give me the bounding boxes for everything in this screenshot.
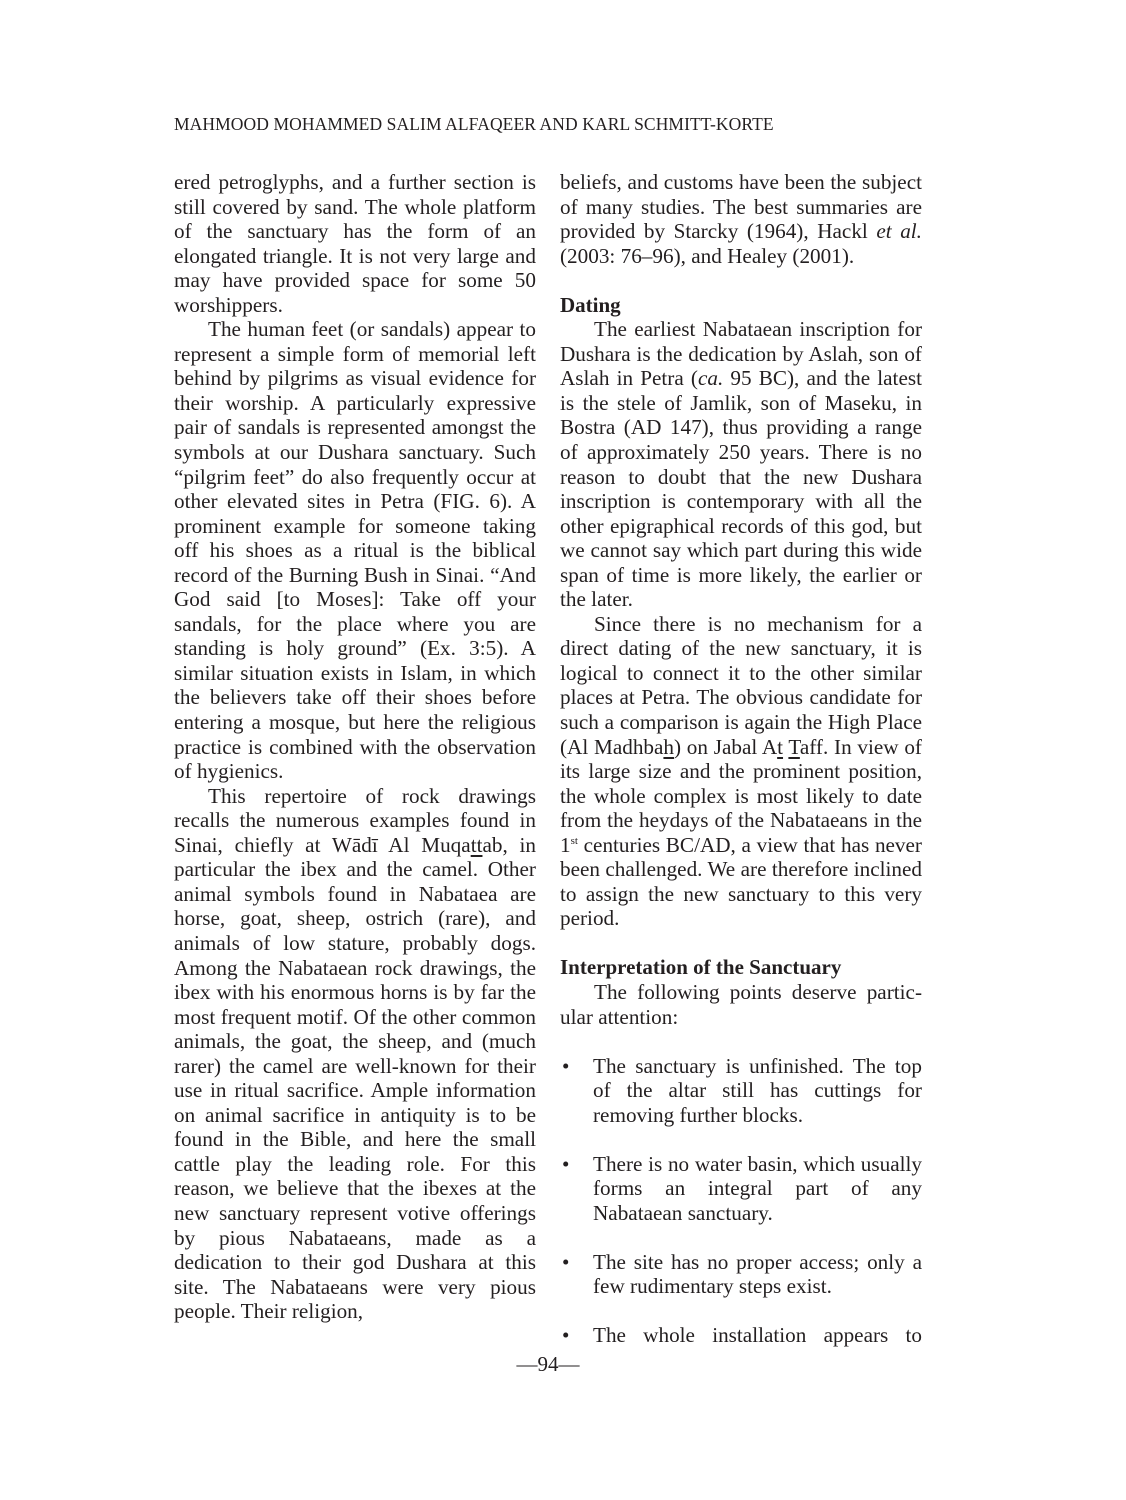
- list-item: •There is no water basin, which usu­ally…: [560, 1152, 922, 1226]
- list-item: •The sanctuary is unfinished. The top of…: [560, 1054, 922, 1128]
- list-item-text: The site has no proper access; only a fe…: [593, 1250, 922, 1299]
- text-run: centuries BC/AD, a view that has never b…: [560, 833, 922, 931]
- bullet-icon: •: [562, 1250, 582, 1275]
- running-head: MAHMOOD MOHAMMED SALIM ALFAQEER AND KARL…: [174, 114, 934, 135]
- paragraph: The earliest Nabataean inscription for D…: [560, 317, 922, 612]
- right-column: beliefs, and customs have been the sub­j…: [560, 170, 922, 1372]
- spacer: [560, 1029, 922, 1054]
- text-run: 95 BC), and the latest is the stele of J…: [560, 366, 922, 611]
- spacer: [560, 268, 922, 293]
- list-item-text: The whole installation appears to: [593, 1323, 922, 1347]
- transliteration-underline: tt: [471, 833, 483, 857]
- text-run: (2003: 76–96), and Healey (2001).: [560, 244, 854, 268]
- spacer: [560, 931, 922, 956]
- bullet-icon: •: [562, 1152, 582, 1177]
- left-column: ered petroglyphs, and a further section …: [174, 170, 536, 1324]
- page-number: —94—: [0, 1352, 1096, 1377]
- paragraph: Since there is no mechanism for a direct…: [560, 612, 922, 931]
- paragraph: The following points deserve partic­ular…: [560, 980, 922, 1029]
- bullet-icon: •: [562, 1323, 582, 1348]
- text-run: beliefs, and customs have been the sub­j…: [560, 170, 922, 243]
- italic-text: et al.: [876, 219, 922, 243]
- list-item-text: The sanctuary is unfinished. The top of …: [593, 1054, 922, 1127]
- text-run: ab, in particular the ibex and the camel…: [174, 833, 536, 1323]
- paragraph: ered petroglyphs, and a further section …: [174, 170, 536, 317]
- section-heading-interpretation: Interpretation of the Sanctuary: [560, 955, 922, 980]
- text-run: ) on Jabal A: [674, 735, 777, 759]
- list-item: •The whole installation appears to: [560, 1323, 922, 1348]
- paragraph: beliefs, and customs have been the sub­j…: [560, 170, 922, 268]
- paragraph: The human feet (or sandals) appear to re…: [174, 317, 536, 783]
- superscript: st: [571, 835, 578, 847]
- bullet-list: •The sanctuary is unfinished. The top of…: [560, 1054, 922, 1348]
- list-item-text: There is no water basin, which usu­ally …: [593, 1152, 922, 1225]
- transliteration-underline: T: [788, 735, 799, 759]
- italic-text: ca.: [698, 366, 723, 390]
- section-heading-dating: Dating: [560, 293, 922, 318]
- transliteration-underline: h: [663, 735, 674, 759]
- list-item: •The site has no proper access; only a f…: [560, 1250, 922, 1299]
- bullet-icon: •: [562, 1054, 582, 1079]
- paragraph: This repertoire of rock drawings recalls…: [174, 784, 536, 1324]
